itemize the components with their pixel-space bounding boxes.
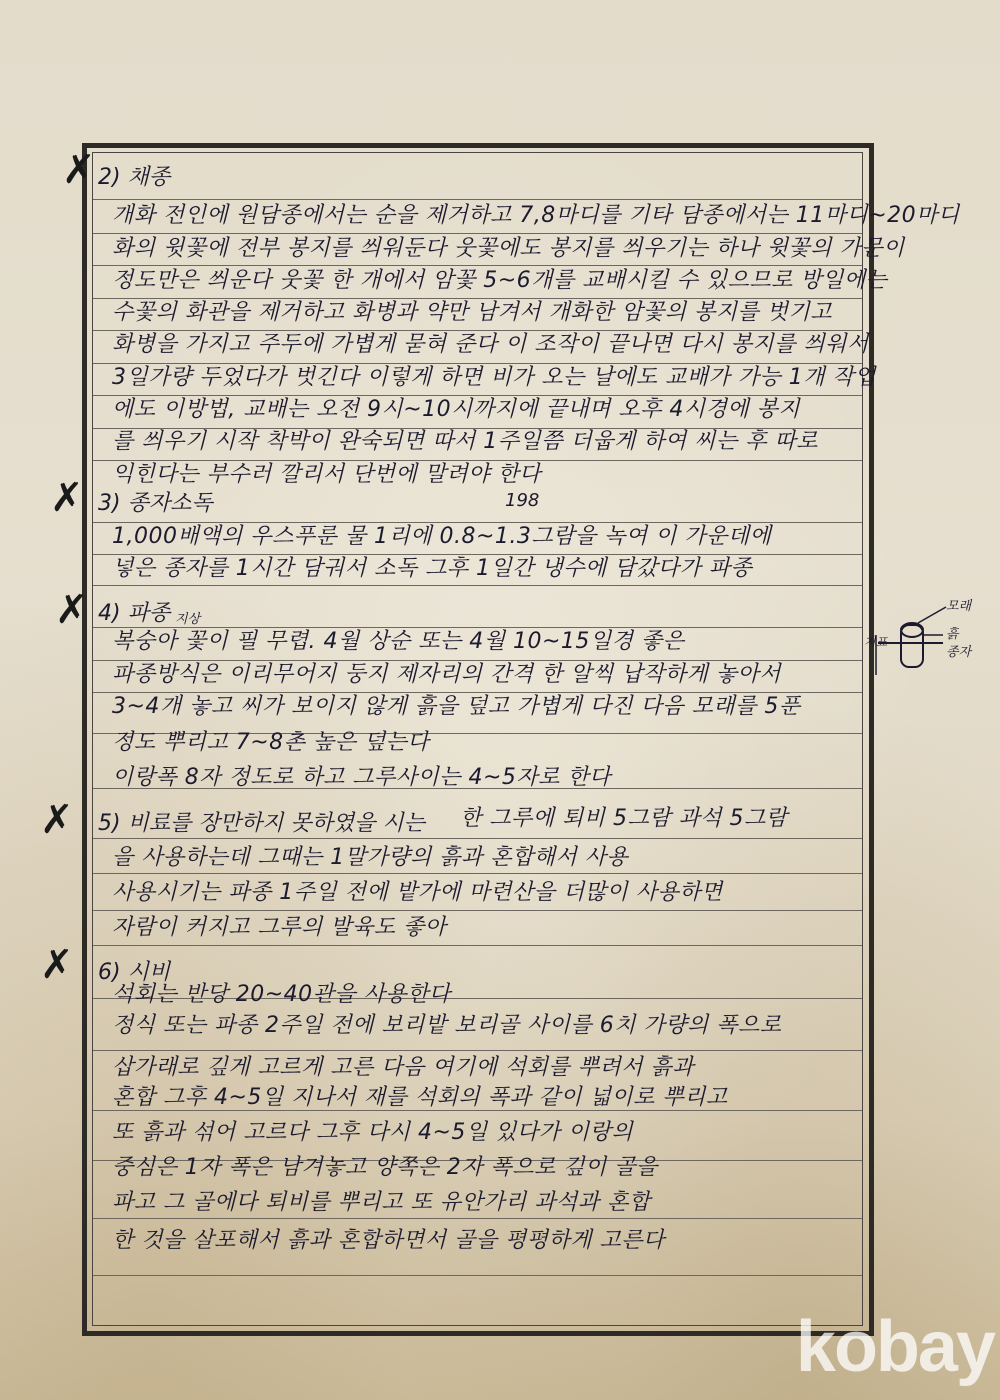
ruled-line bbox=[93, 363, 862, 364]
text-line: 자람이 커지고 그루의 발육도 좋아 bbox=[112, 915, 872, 941]
text-line: 혼합 그후 4~5일 지나서 재를 석회의 폭과 같이 넓이로 뿌리고 bbox=[112, 1085, 872, 1111]
text-line: 사용시기는 파종 1주일 전에 밭가에 마련산을 더많이 사용하면 bbox=[112, 880, 872, 906]
text-line: 이랑폭 8자 정도로 하고 그루사이는 4~5자로 한다 bbox=[112, 765, 872, 791]
ruled-line bbox=[93, 945, 862, 946]
section-heading: 3) 종자소독 bbox=[98, 486, 213, 517]
ruled-line bbox=[93, 1218, 862, 1219]
ruled-line bbox=[93, 330, 862, 331]
section-heading: 2) 채종 bbox=[98, 160, 170, 191]
ruled-line bbox=[93, 873, 862, 874]
text-line: 3~4개 놓고 씨가 보이지 않게 흙을 덮고 가볍게 다진 다음 모래를 5푼 bbox=[112, 694, 872, 720]
ruled-line bbox=[93, 460, 862, 461]
text-line: 중심은 1자 폭은 남겨놓고 양쪽은 2자 폭으로 깊이 골을 bbox=[112, 1155, 872, 1181]
ruled-line bbox=[93, 660, 862, 661]
sketch-label-soil: 흙 bbox=[946, 623, 959, 642]
checkmark-icon: ✗ bbox=[62, 150, 96, 190]
text-line: 화의 윗꽃에 전부 봉지를 씌워둔다 웃꽃에도 봉지를 씌우기는 하나 윗꽃의 … bbox=[112, 236, 872, 262]
text-line: 복숭아 꽃이 필 무렵. 4월 상순 또는 4월 10~15일경 좋은 bbox=[112, 629, 872, 655]
superscript-note: 지상 bbox=[175, 608, 200, 627]
watermark: kobay bbox=[796, 1306, 994, 1388]
text-line: 를 씌우기 시작 착박이 완숙되면 따서 1주일쯤 더웁게 하여 씨는 후 따로 bbox=[112, 429, 872, 455]
page-number: 198 bbox=[505, 490, 539, 511]
text-line: 정도 뿌리고 7~8촌 높은 덮는다 bbox=[112, 730, 872, 756]
text-line: 파고 그 골에다 퇴비를 뿌리고 또 유안가리 과석과 혼합 bbox=[112, 1190, 872, 1216]
sketch-label-seed: 종자 bbox=[946, 641, 971, 660]
sketch-label-sand: 모래 bbox=[946, 595, 971, 614]
section-heading: 5) 비료를 장만하지 못하였을 시는 bbox=[98, 806, 425, 837]
ruled-line bbox=[93, 395, 862, 396]
text-line: 수꽃의 화관을 제거하고 화병과 약만 남겨서 개화한 암꽃의 봉지를 벗기고 bbox=[112, 300, 872, 326]
ruled-line bbox=[93, 910, 862, 911]
text-line: 에도 이방법, 교배는 오전 9시~10시까지에 끝내며 오후 4시경에 봉지 bbox=[112, 397, 872, 423]
text-line: 파종방식은 이리무어지 둥지 제자리의 간격 한 알씩 납작하게 놓아서 bbox=[112, 662, 872, 688]
ruled-line bbox=[93, 265, 862, 266]
ruled-line bbox=[93, 838, 862, 839]
text-line: 1,000배액의 우스푸룬 물 1리에 0.8~1.3그람을 녹여 이 가운데에 bbox=[112, 524, 872, 550]
ruled-line bbox=[93, 298, 862, 299]
text-line: 넣은 종자를 1시간 담궈서 소독 그후 1일간 냉수에 담갔다가 파종 bbox=[112, 556, 872, 582]
ruled-line bbox=[93, 233, 862, 234]
text-line: 한 그루에 퇴비 5그람 과석 5그람 bbox=[460, 806, 860, 832]
text-line: 정도만은 씌운다 웃꽃 한 개에서 암꽃 5~6개를 교배시킬 수 있으므로 방… bbox=[112, 268, 872, 294]
seed-planting-sketch: 모래 흙 종자 지표 bbox=[868, 595, 988, 685]
section-heading: 4) 파종 bbox=[98, 596, 170, 627]
text-line: 익힌다는 부수러 깔리서 단번에 말려야 한다 bbox=[112, 462, 872, 488]
text-line: 삽가래로 깊게 고르게 고른 다음 여기에 석회를 뿌려서 흙과 bbox=[112, 1055, 872, 1081]
text-line: 또 흙과 섞어 고르다 그후 다시 4~5일 있다가 이랑의 bbox=[112, 1120, 872, 1146]
text-line: 을 사용하는데 그때는 1말가량의 흙과 혼합해서 사용 bbox=[112, 845, 872, 871]
ruled-line bbox=[93, 554, 862, 555]
ruled-line bbox=[93, 692, 862, 693]
checkmark-icon: ✗ bbox=[40, 945, 74, 985]
ruled-line bbox=[93, 1275, 862, 1276]
text-line: 3일가량 두었다가 벗긴다 이렇게 하면 비가 오는 날에도 교배가 가능 1개… bbox=[112, 365, 872, 391]
ruled-line bbox=[93, 522, 862, 523]
ruled-line bbox=[93, 199, 862, 200]
text-line: 정식 또는 파종 2주일 전에 보리밭 보리골 사이를 6치 가량의 폭으로 bbox=[112, 1013, 872, 1039]
ruled-line bbox=[93, 1050, 862, 1051]
sketch-label-ground: 지표 bbox=[864, 633, 887, 650]
ruled-line bbox=[93, 627, 862, 628]
ruled-line bbox=[93, 585, 862, 586]
text-line: 화병을 가지고 주두에 가볍게 묻혀 준다 이 조작이 끝나면 다시 봉지를 씌… bbox=[112, 332, 872, 358]
checkmark-icon: ✗ bbox=[50, 478, 84, 518]
text-line: 석회는 반당 20~40관을 사용한다 bbox=[112, 982, 872, 1008]
checkmark-icon: ✗ bbox=[40, 800, 74, 840]
text-line: 한 것을 살포해서 흙과 혼합하면서 골을 평평하게 고른다 bbox=[112, 1228, 872, 1254]
text-line: 개화 전인에 원담종에서는 순을 제거하고 7,8마디를 기타 담종에서는 11… bbox=[112, 203, 872, 229]
checkmark-icon: ✗ bbox=[55, 590, 89, 630]
